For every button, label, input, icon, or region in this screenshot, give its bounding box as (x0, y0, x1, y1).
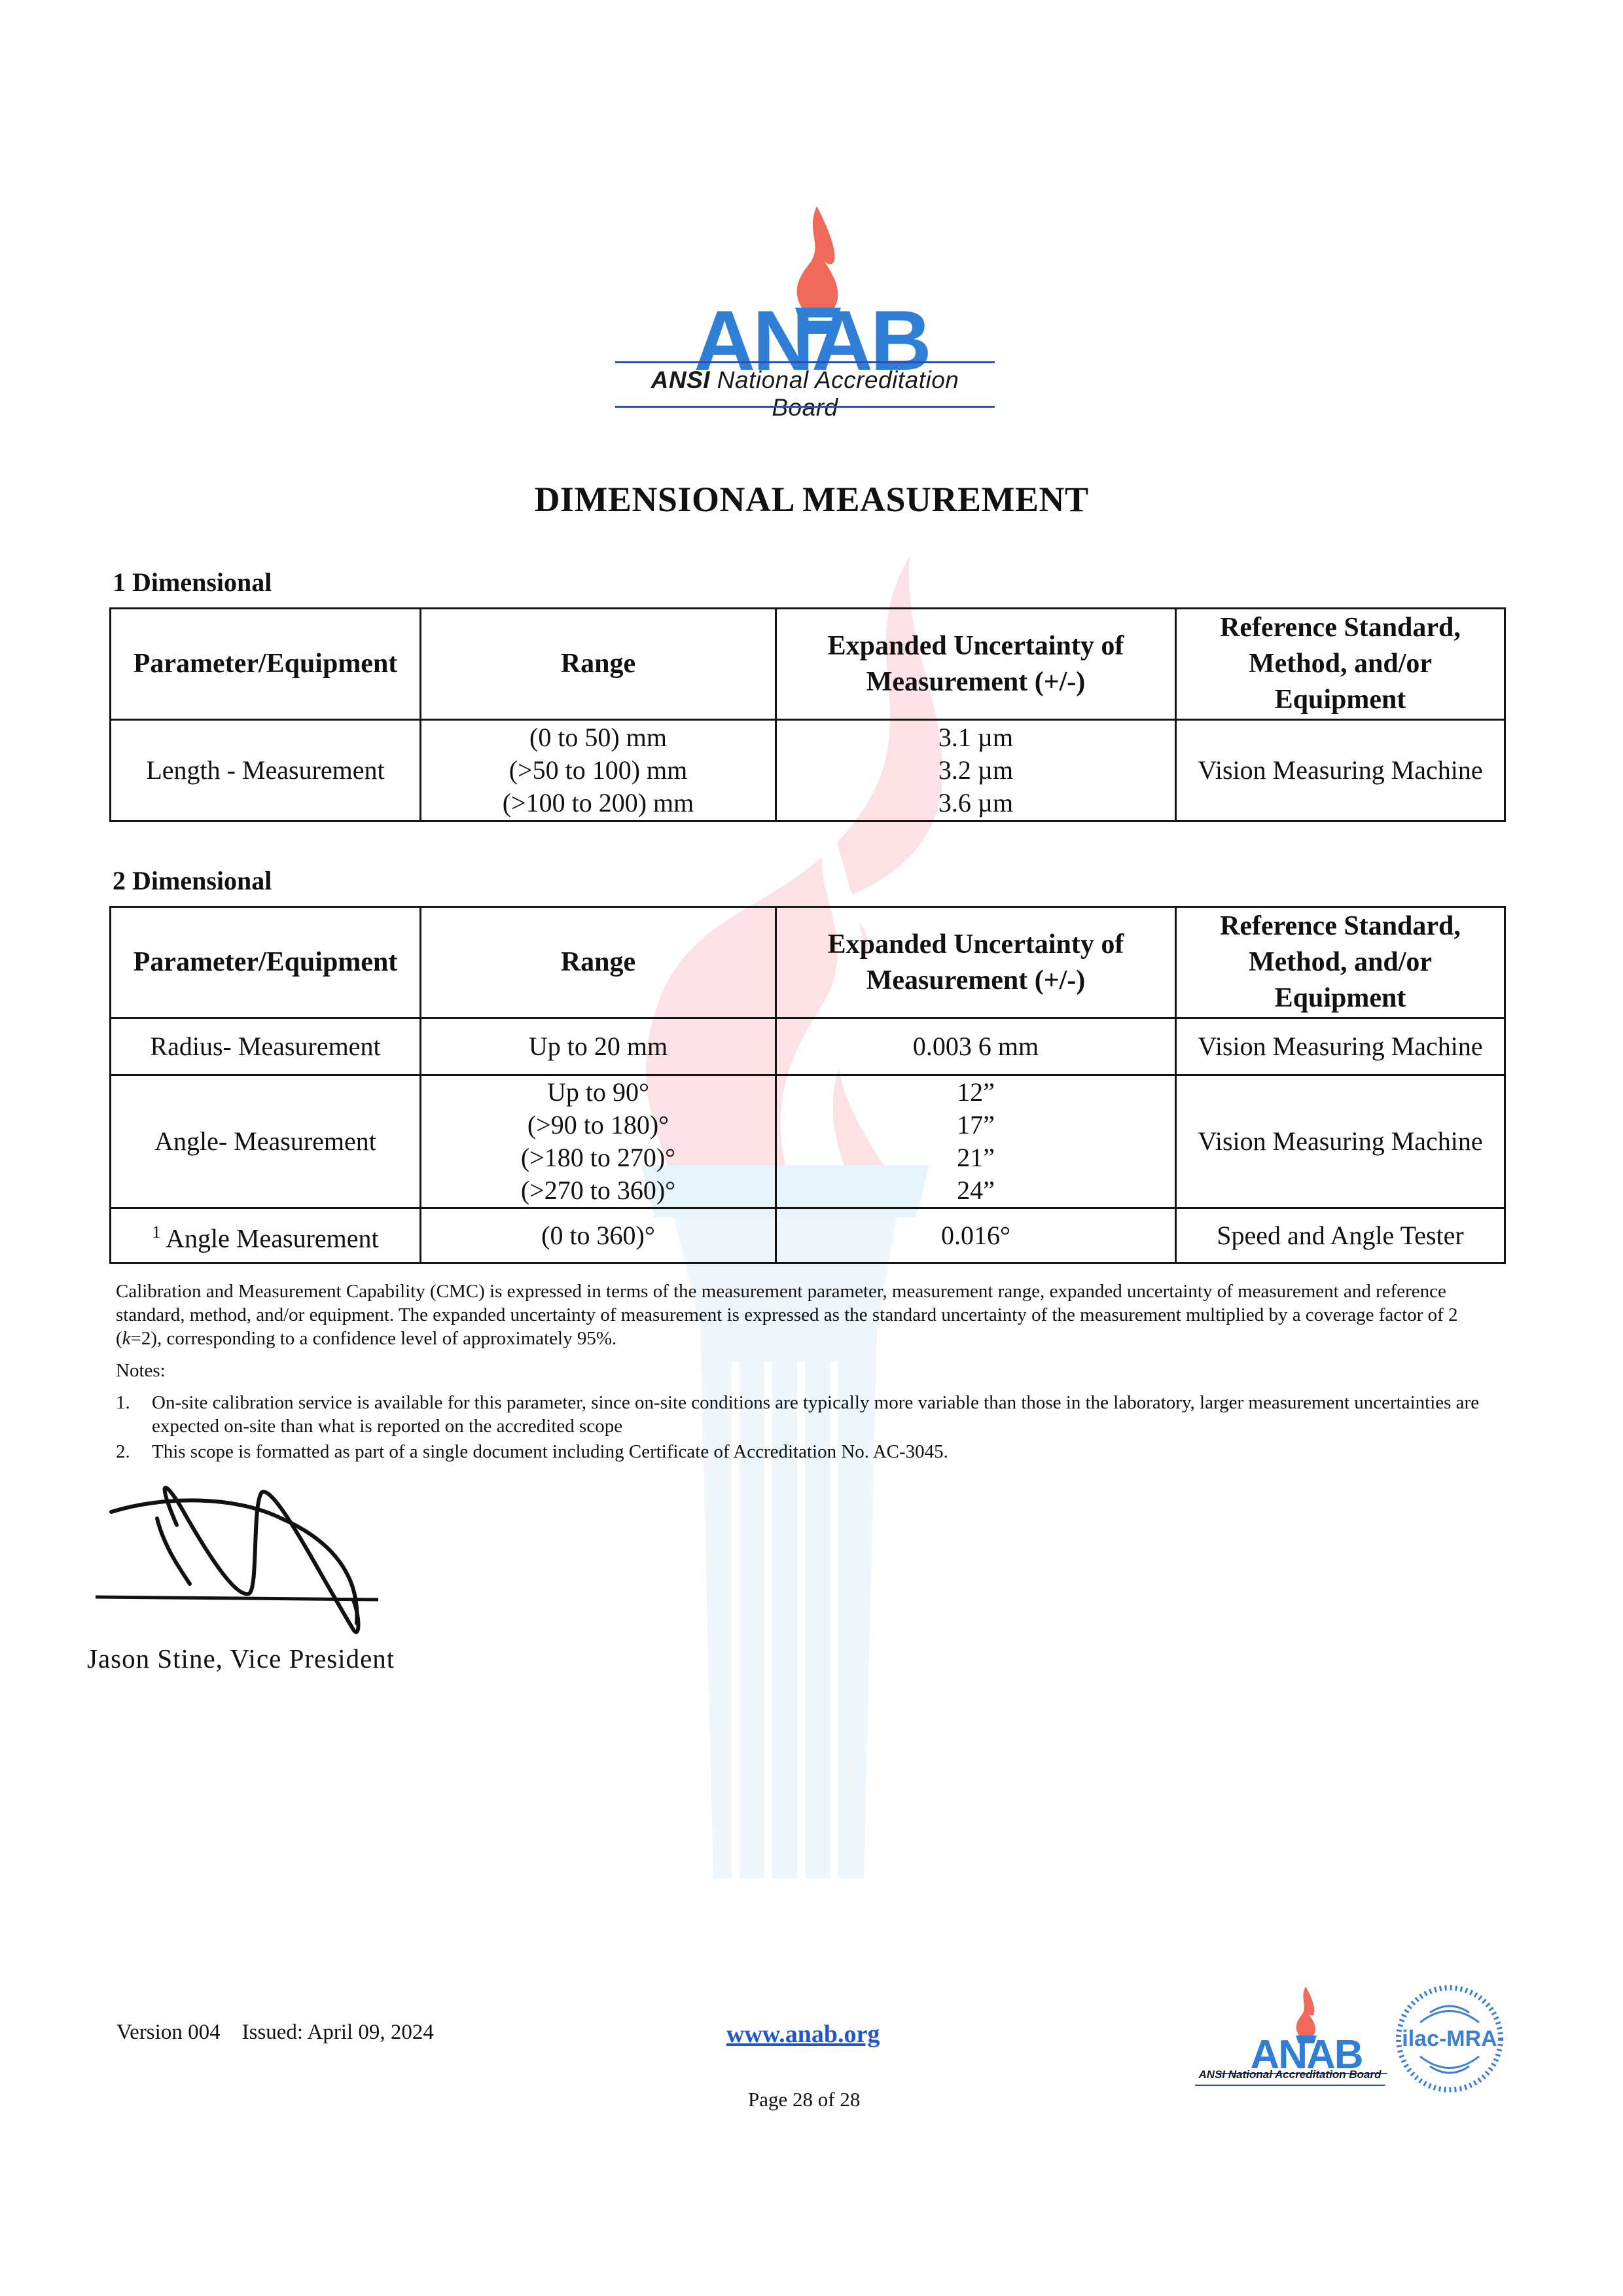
header-reference: Reference Standard, Method, and/or Equip… (1176, 907, 1505, 1018)
cell-range: (0 to 360)° (421, 1208, 776, 1263)
header-parameter: Parameter/Equipment (111, 609, 421, 720)
footer-version: Version 004 Issued: April 09, 2024 (116, 2020, 434, 2045)
section-label-1: 1 Dimensional (113, 567, 272, 598)
cell-uncertainty: 3.1 µm3.2 µm3.6 µm (776, 720, 1176, 821)
cmc-table-2: Parameter/Equipment Range Expanded Uncer… (109, 906, 1506, 1264)
cell-reference: Vision Measuring Machine (1176, 1075, 1505, 1208)
header-uncertainty: Expanded Uncertainty of Measurement (+/-… (776, 609, 1176, 720)
cell-reference: Vision Measuring Machine (1176, 720, 1505, 821)
svg-text:ilac-MRA: ilac-MRA (1402, 2026, 1497, 2051)
flame-icon (1296, 1986, 1315, 2036)
logo-rule-top (615, 361, 995, 363)
header-range: Range (421, 907, 776, 1018)
header-parameter: Parameter/Equipment (111, 907, 421, 1018)
header-range: Range (421, 609, 776, 720)
cmc-table-1: Parameter/Equipment Range Expanded Uncer… (109, 607, 1506, 822)
header-uncertainty: Expanded Uncertainty of Measurement (+/-… (776, 907, 1176, 1018)
header-reference: Reference Standard, Method, and/or Equip… (1176, 609, 1505, 720)
page-number: Page 28 of 28 (748, 2088, 860, 2111)
table-header-row: Parameter/Equipment Range Expanded Uncer… (111, 907, 1505, 1018)
website-link[interactable]: www.anab.org (726, 2020, 880, 2049)
logo-tagline: ANSI National Accreditation Board (615, 367, 995, 422)
cmc-statement: Calibration and Measurement Capability (… (116, 1280, 1497, 1350)
notes-label: Notes: (116, 1360, 166, 1382)
section-label-2: 2 Dimensional (113, 865, 272, 896)
cell-range: Up to 90°(>90 to 180)°(>180 to 270)°(>27… (421, 1075, 776, 1208)
small-logo-tagline: ANSI National Accreditation Board (1195, 2068, 1385, 2081)
cell-range: (0 to 50) mm(>50 to 100) mm(>100 to 200)… (421, 720, 776, 821)
cell-uncertainty: 12”17”21”24” (776, 1075, 1176, 1208)
cell-parameter: Angle- Measurement (111, 1075, 421, 1208)
note-1: 1.On-site calibration service is availab… (116, 1391, 1497, 1438)
table-header-row: Parameter/Equipment Range Expanded Uncer… (111, 609, 1505, 720)
cell-uncertainty: 0.016° (776, 1208, 1176, 1263)
small-logo-rule (1195, 2085, 1385, 2086)
footnote-marker: 1 (152, 1223, 160, 1242)
table-row: 1 Angle Measurement (0 to 360)° 0.016° S… (111, 1208, 1505, 1263)
cell-range: Up to 20 mm (421, 1018, 776, 1075)
cell-reference: Vision Measuring Machine (1176, 1018, 1505, 1075)
ilac-mra-logo: ilac-MRA (1394, 1983, 1505, 2094)
cell-parameter: Radius- Measurement (111, 1018, 421, 1075)
cell-reference: Speed and Angle Tester (1176, 1208, 1505, 1263)
signatory-name: Jason Stine, Vice President (87, 1643, 395, 1674)
cell-parameter: 1 Angle Measurement (111, 1208, 421, 1263)
note-2: 2.This scope is formatted as part of a s… (116, 1440, 1497, 1463)
table-row: Radius- Measurement Up to 20 mm 0.003 6 … (111, 1018, 1505, 1075)
table-row: Angle- Measurement Up to 90°(>90 to 180)… (111, 1075, 1505, 1208)
table-row: Length - Measurement (0 to 50) mm(>50 to… (111, 720, 1505, 821)
cell-uncertainty: 0.003 6 mm (776, 1018, 1176, 1075)
cell-parameter: Length - Measurement (111, 720, 421, 821)
signature-icon (85, 1466, 399, 1636)
page-title: DIMENSIONAL MEASUREMENT (0, 479, 1623, 520)
logo-rule-bottom (615, 406, 995, 408)
